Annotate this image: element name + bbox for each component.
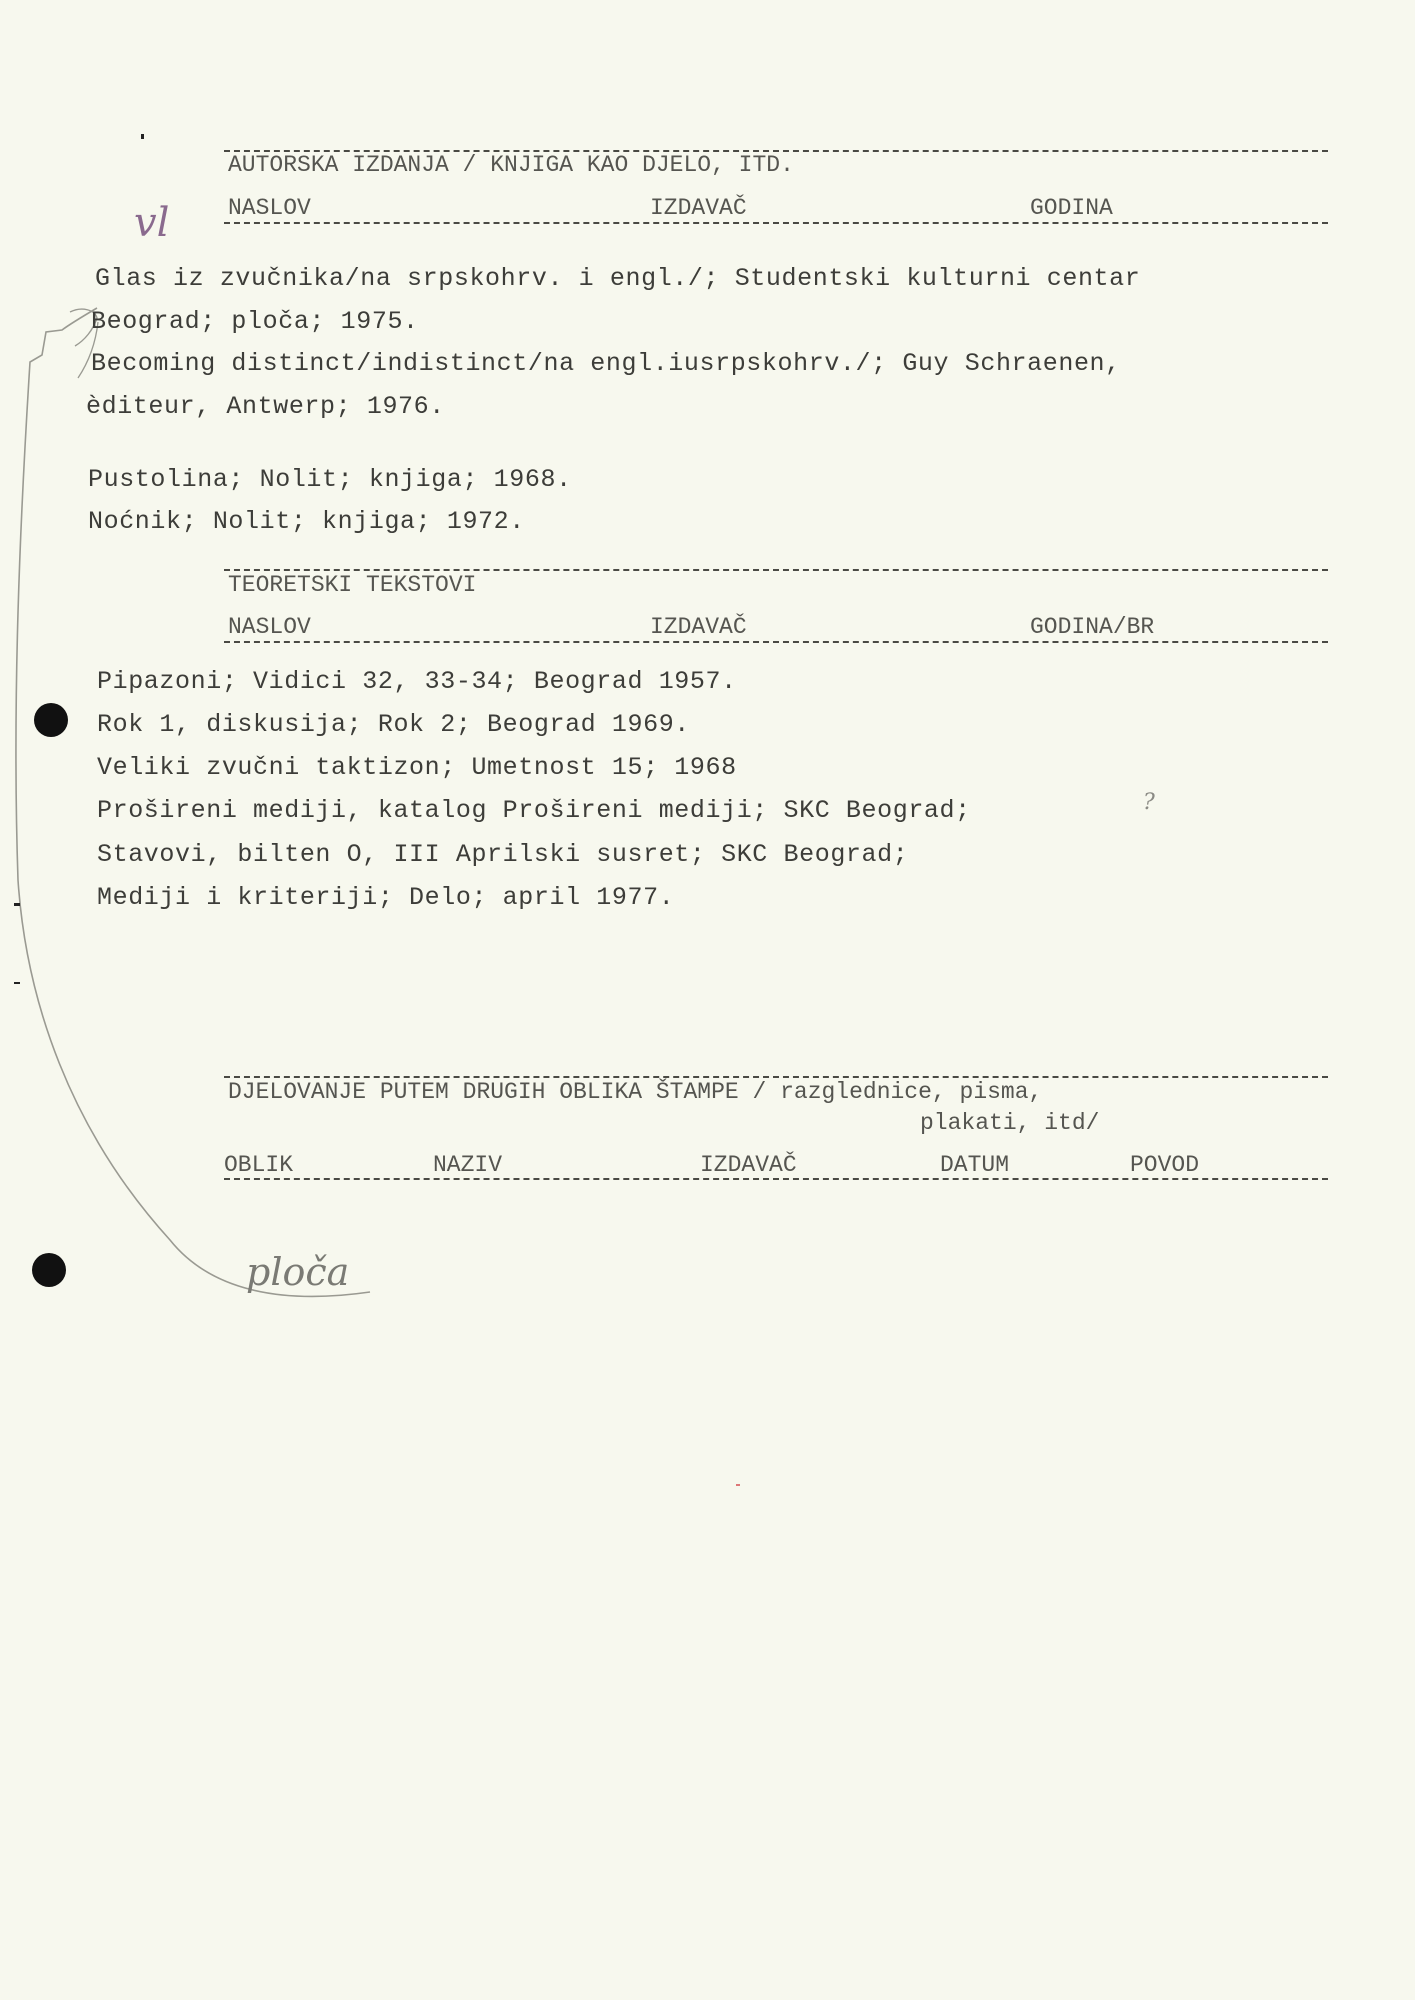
handwritten-initials: vl bbox=[134, 200, 169, 246]
section1-col-izdavac: IZDAVAČ bbox=[650, 195, 747, 221]
section3-col-izdavac: IZDAVAČ bbox=[700, 1152, 797, 1178]
speck bbox=[14, 982, 20, 984]
section1-entry: Pustolina; Nolit; knjiga; 1968. bbox=[88, 465, 572, 494]
section1-entry: Becoming distinct/indistinct/na engl.ius… bbox=[91, 349, 1121, 378]
section1-header-rule bbox=[224, 222, 1328, 224]
pencil-margin-line bbox=[0, 0, 1415, 2000]
section2-entry: Mediji i kriteriji; Delo; april 1977. bbox=[97, 883, 674, 912]
section2-entry: Rok 1, diskusija; Rok 2; Beograd 1969. bbox=[97, 710, 690, 739]
speck bbox=[141, 134, 144, 139]
section1-entry: Noćnik; Nolit; knjiga; 1972. bbox=[88, 507, 525, 536]
section2-title: TEORETSKI TEKSTOVI bbox=[228, 572, 476, 598]
section3-title: DJELOVANJE PUTEM DRUGIH OBLIKA ŠTAMPE / … bbox=[228, 1079, 1042, 1105]
section2-entry: Stavovi, bilten O, III Aprilski susret; … bbox=[97, 840, 908, 869]
section2-col-naslov: NASLOV bbox=[228, 614, 311, 640]
section3-top-rule bbox=[224, 1076, 1328, 1078]
section3-header-rule bbox=[224, 1178, 1328, 1180]
section2-header-rule bbox=[224, 641, 1328, 643]
section3-col-oblik: OBLIK bbox=[224, 1152, 293, 1178]
section3-col-povod: POVOD bbox=[1130, 1152, 1199, 1178]
section1-col-godina: GODINA bbox=[1030, 195, 1113, 221]
section1-entry: èditeur, Antwerp; 1976. bbox=[86, 392, 445, 421]
section2-col-izdavac: IZDAVAČ bbox=[650, 614, 747, 640]
section1-entry: Beograd; ploča; 1975. bbox=[91, 307, 419, 336]
document-page: vl AUTORSKA IZDANJA / KNJIGA KAO DJELO, … bbox=[0, 0, 1415, 2000]
speck bbox=[14, 903, 20, 906]
speck bbox=[736, 1484, 740, 1486]
section1-col-naslov: NASLOV bbox=[228, 195, 311, 221]
section2-entry: Pipazoni; Vidici 32, 33-34; Beograd 1957… bbox=[97, 667, 737, 696]
section3-col-naziv: NAZIV bbox=[433, 1152, 502, 1178]
section3-col-datum: DATUM bbox=[940, 1152, 1009, 1178]
section2-entry: Veliki zvučni taktizon; Umetnost 15; 196… bbox=[97, 753, 737, 782]
section2-entry: Prošireni mediji, katalog Prošireni medi… bbox=[97, 796, 971, 825]
section3-title-continued: plakati, itd/ bbox=[920, 1110, 1099, 1136]
punch-hole-bottom bbox=[32, 1253, 66, 1287]
handwritten-note: ploča bbox=[246, 1250, 349, 1294]
section1-title: AUTORSKA IZDANJA / KNJIGA KAO DJELO, ITD… bbox=[228, 152, 794, 178]
punch-hole-top bbox=[34, 703, 68, 737]
section2-col-godina-br: GODINA/BR bbox=[1030, 614, 1154, 640]
margin-question-mark: ? bbox=[1143, 790, 1155, 815]
section1-entry: Glas iz zvučnika/na srpskohrv. i engl./;… bbox=[95, 264, 1140, 293]
section2-top-rule bbox=[224, 569, 1328, 571]
